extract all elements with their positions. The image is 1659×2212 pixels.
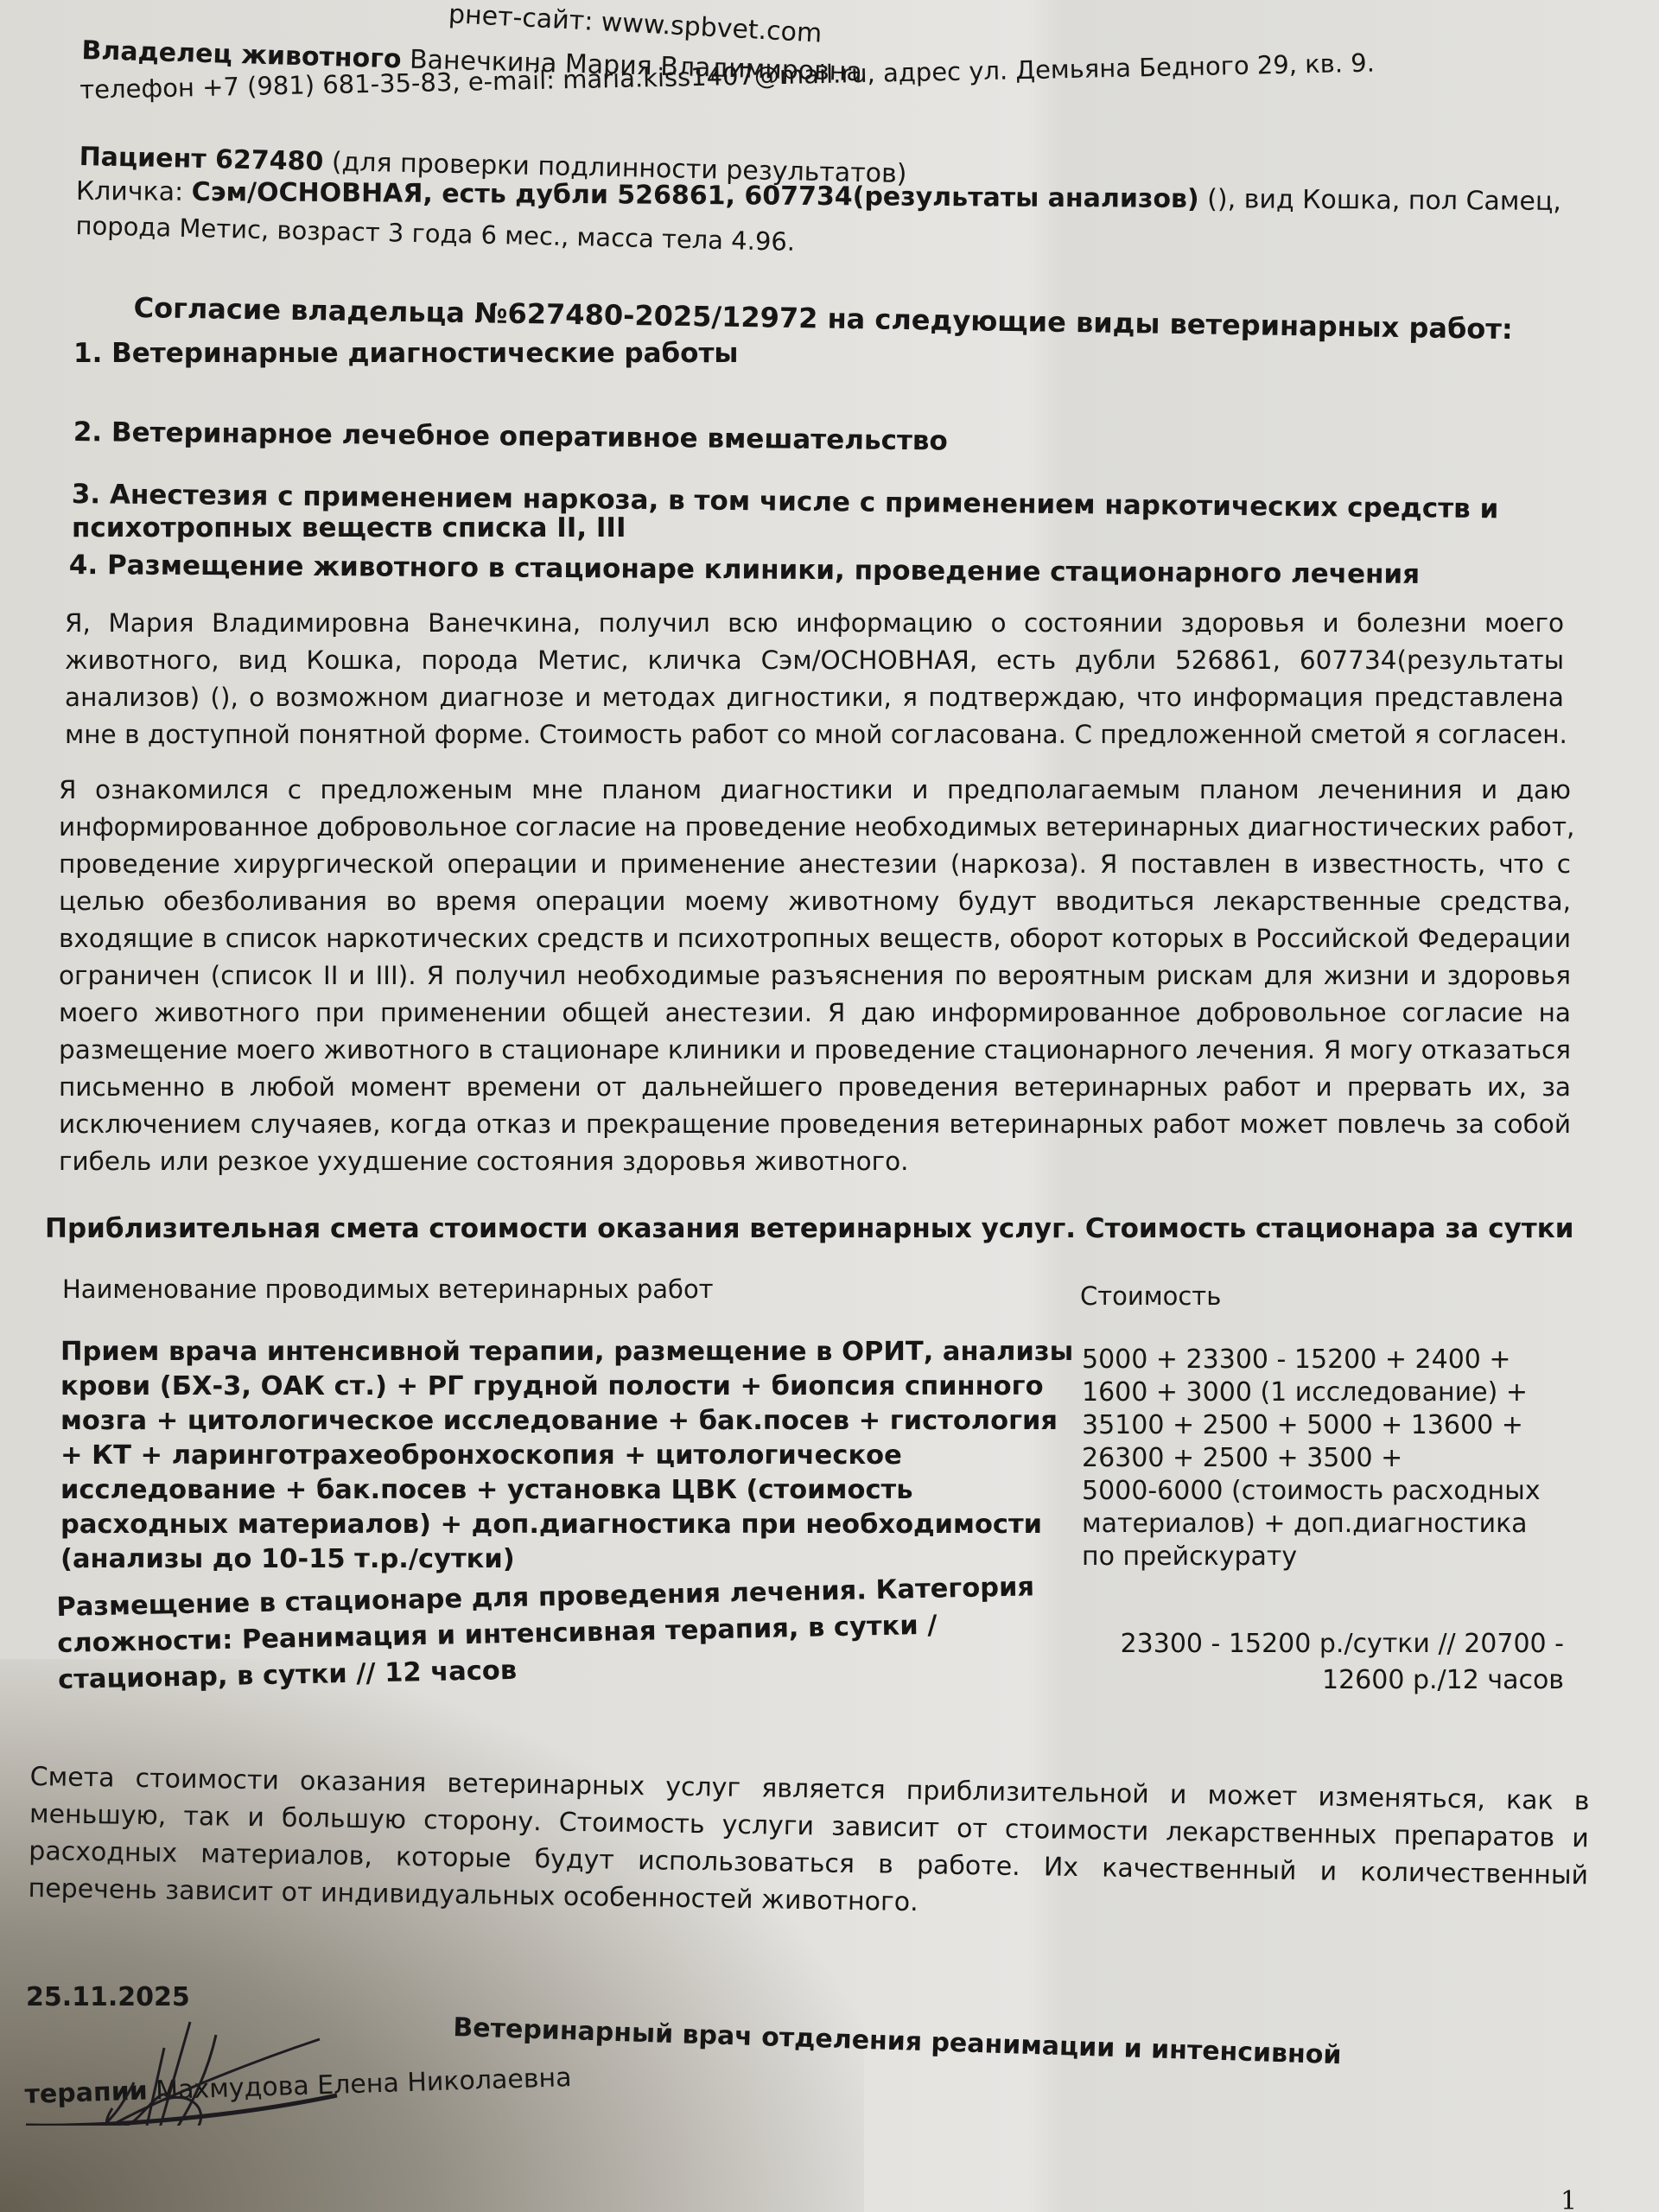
photo-shadow — [0, 1659, 864, 2212]
clinic-website: рнет-сайт: www.spbvet.com — [448, 0, 823, 49]
consent-item-2: 2. Ветеринарное лечебное оперативное вме… — [73, 417, 948, 457]
cell-line: исследование + бак.посев + установка ЦВК… — [60, 1473, 1073, 1508]
consent-item-4: 4. Размещение животного в стационаре кли… — [69, 550, 1420, 591]
paragraph-line: анализов) (), о возможном диагнозе и мет… — [65, 679, 1564, 716]
cell-line: по прейскурату — [1082, 1541, 1541, 1573]
patient-id: Пациент 627480 — [79, 142, 323, 177]
page-number: 1 — [1560, 2186, 1577, 2212]
cell-line: Прием врача интенсивной терапии, размеще… — [60, 1335, 1073, 1370]
paragraph-line: Я ознакомился с предложеным мне планом д… — [59, 772, 1571, 809]
cell-line: 26300 + 2500 + 3500 + — [1082, 1442, 1541, 1475]
paragraph-line: исключением случаяев, когда отказ и прек… — [59, 1106, 1571, 1143]
estimate-row-1-cost: 5000 + 23300 - 15200 + 2400 + 1600 + 300… — [1082, 1344, 1541, 1573]
paragraph-line: ограничен (список II и III). Я получил н… — [59, 957, 1571, 995]
paragraph-line: целью обезболивания во время операции мо… — [59, 883, 1571, 920]
estimate-row-2-name: Размещение в стационаре для проведения л… — [56, 1569, 1036, 1699]
nickname-label: Кличка: — [76, 176, 184, 207]
patient-details: порода Метис, возраст 3 года 6 мес., мас… — [75, 212, 795, 257]
nickname-line: Кличка: Сэм/ОСНОВНАЯ, есть дубли 526861,… — [76, 177, 1561, 218]
consent-paragraph-1: Я, Мария Владимировна Ванечкина, получил… — [65, 605, 1564, 753]
paragraph-line: письменно в любой момент времени от даль… — [59, 1069, 1571, 1106]
cell-line: 23300 - 15200 р./сутки // 20700 - — [1102, 1626, 1564, 1662]
cell-line: материалов) + доп.диагностика — [1082, 1508, 1541, 1541]
cell-line: 12600 р./12 часов — [1102, 1662, 1564, 1699]
cell-line: 5000-6000 (стоимость расходных — [1082, 1475, 1541, 1508]
paragraph-line: гибель или резкое ухудшение состояния зд… — [59, 1143, 1571, 1180]
cell-line: 1600 + 3000 (1 исследование) + — [1082, 1376, 1541, 1409]
paragraph-line: моего животного при применении общей ане… — [59, 995, 1571, 1032]
paragraph-line: животного, вид Кошка, порода Метис, клич… — [65, 642, 1564, 679]
consent-item-3-cont: психотропных веществ списка II, III — [72, 513, 626, 544]
cell-line: + КТ + ларинготрахеобронхоскопия + цитол… — [60, 1439, 1073, 1473]
paragraph-line: размещение моего животного в стационаре … — [59, 1032, 1571, 1069]
cell-line: мозга + цитологическое исследование + ба… — [60, 1404, 1073, 1439]
paragraph-line: проведение хирургической операции и прим… — [59, 846, 1571, 883]
estimate-row-2-cost: 23300 - 15200 р./сутки // 20700 - 12600 … — [1102, 1626, 1564, 1699]
paragraph-line: мне в доступной понятной форме. Стоимост… — [65, 716, 1564, 753]
estimate-row-1-name: Прием врача интенсивной терапии, размеще… — [60, 1335, 1073, 1577]
nickname-value: Сэм/ОСНОВНАЯ, есть дубли 526861, 607734(… — [192, 177, 1199, 214]
estimate-col-cost: Стоимость — [1080, 1282, 1221, 1311]
cell-line: расходных материалов) + доп.диагностика … — [60, 1508, 1073, 1542]
estimate-disclaimer: Смета стоимости оказания ветеринарных ус… — [28, 1758, 1589, 1931]
estimate-col-name: Наименование проводимых ветеринарных раб… — [62, 1275, 714, 1304]
paragraph-line: входящие в список наркотических средств … — [59, 920, 1571, 957]
signature-icon — [17, 2005, 432, 2126]
consent-item-1: 1. Ветеринарные диагностические работы — [73, 339, 738, 370]
paragraph-line: Я, Мария Владимировна Ванечкина, получил… — [65, 605, 1564, 642]
estimate-title: Приблизительная смета стоимости оказания… — [45, 1214, 1574, 1245]
doctor-title: Ветеринарный врач отделения реанимации и… — [453, 2013, 1342, 2071]
cell-line: 5000 + 23300 - 15200 + 2400 + — [1082, 1344, 1541, 1376]
cell-line: крови (БХ-3, ОАК ст.) + РГ грудной полос… — [60, 1370, 1073, 1404]
cell-line: 35100 + 2500 + 5000 + 13600 + — [1082, 1409, 1541, 1442]
consent-paragraph-2: Я ознакомился с предложеным мне планом д… — [59, 772, 1571, 1180]
paragraph-line: информированное добровольное согласие на… — [59, 809, 1571, 846]
nickname-tail: (), вид Кошка, пол Самец, — [1207, 184, 1561, 217]
